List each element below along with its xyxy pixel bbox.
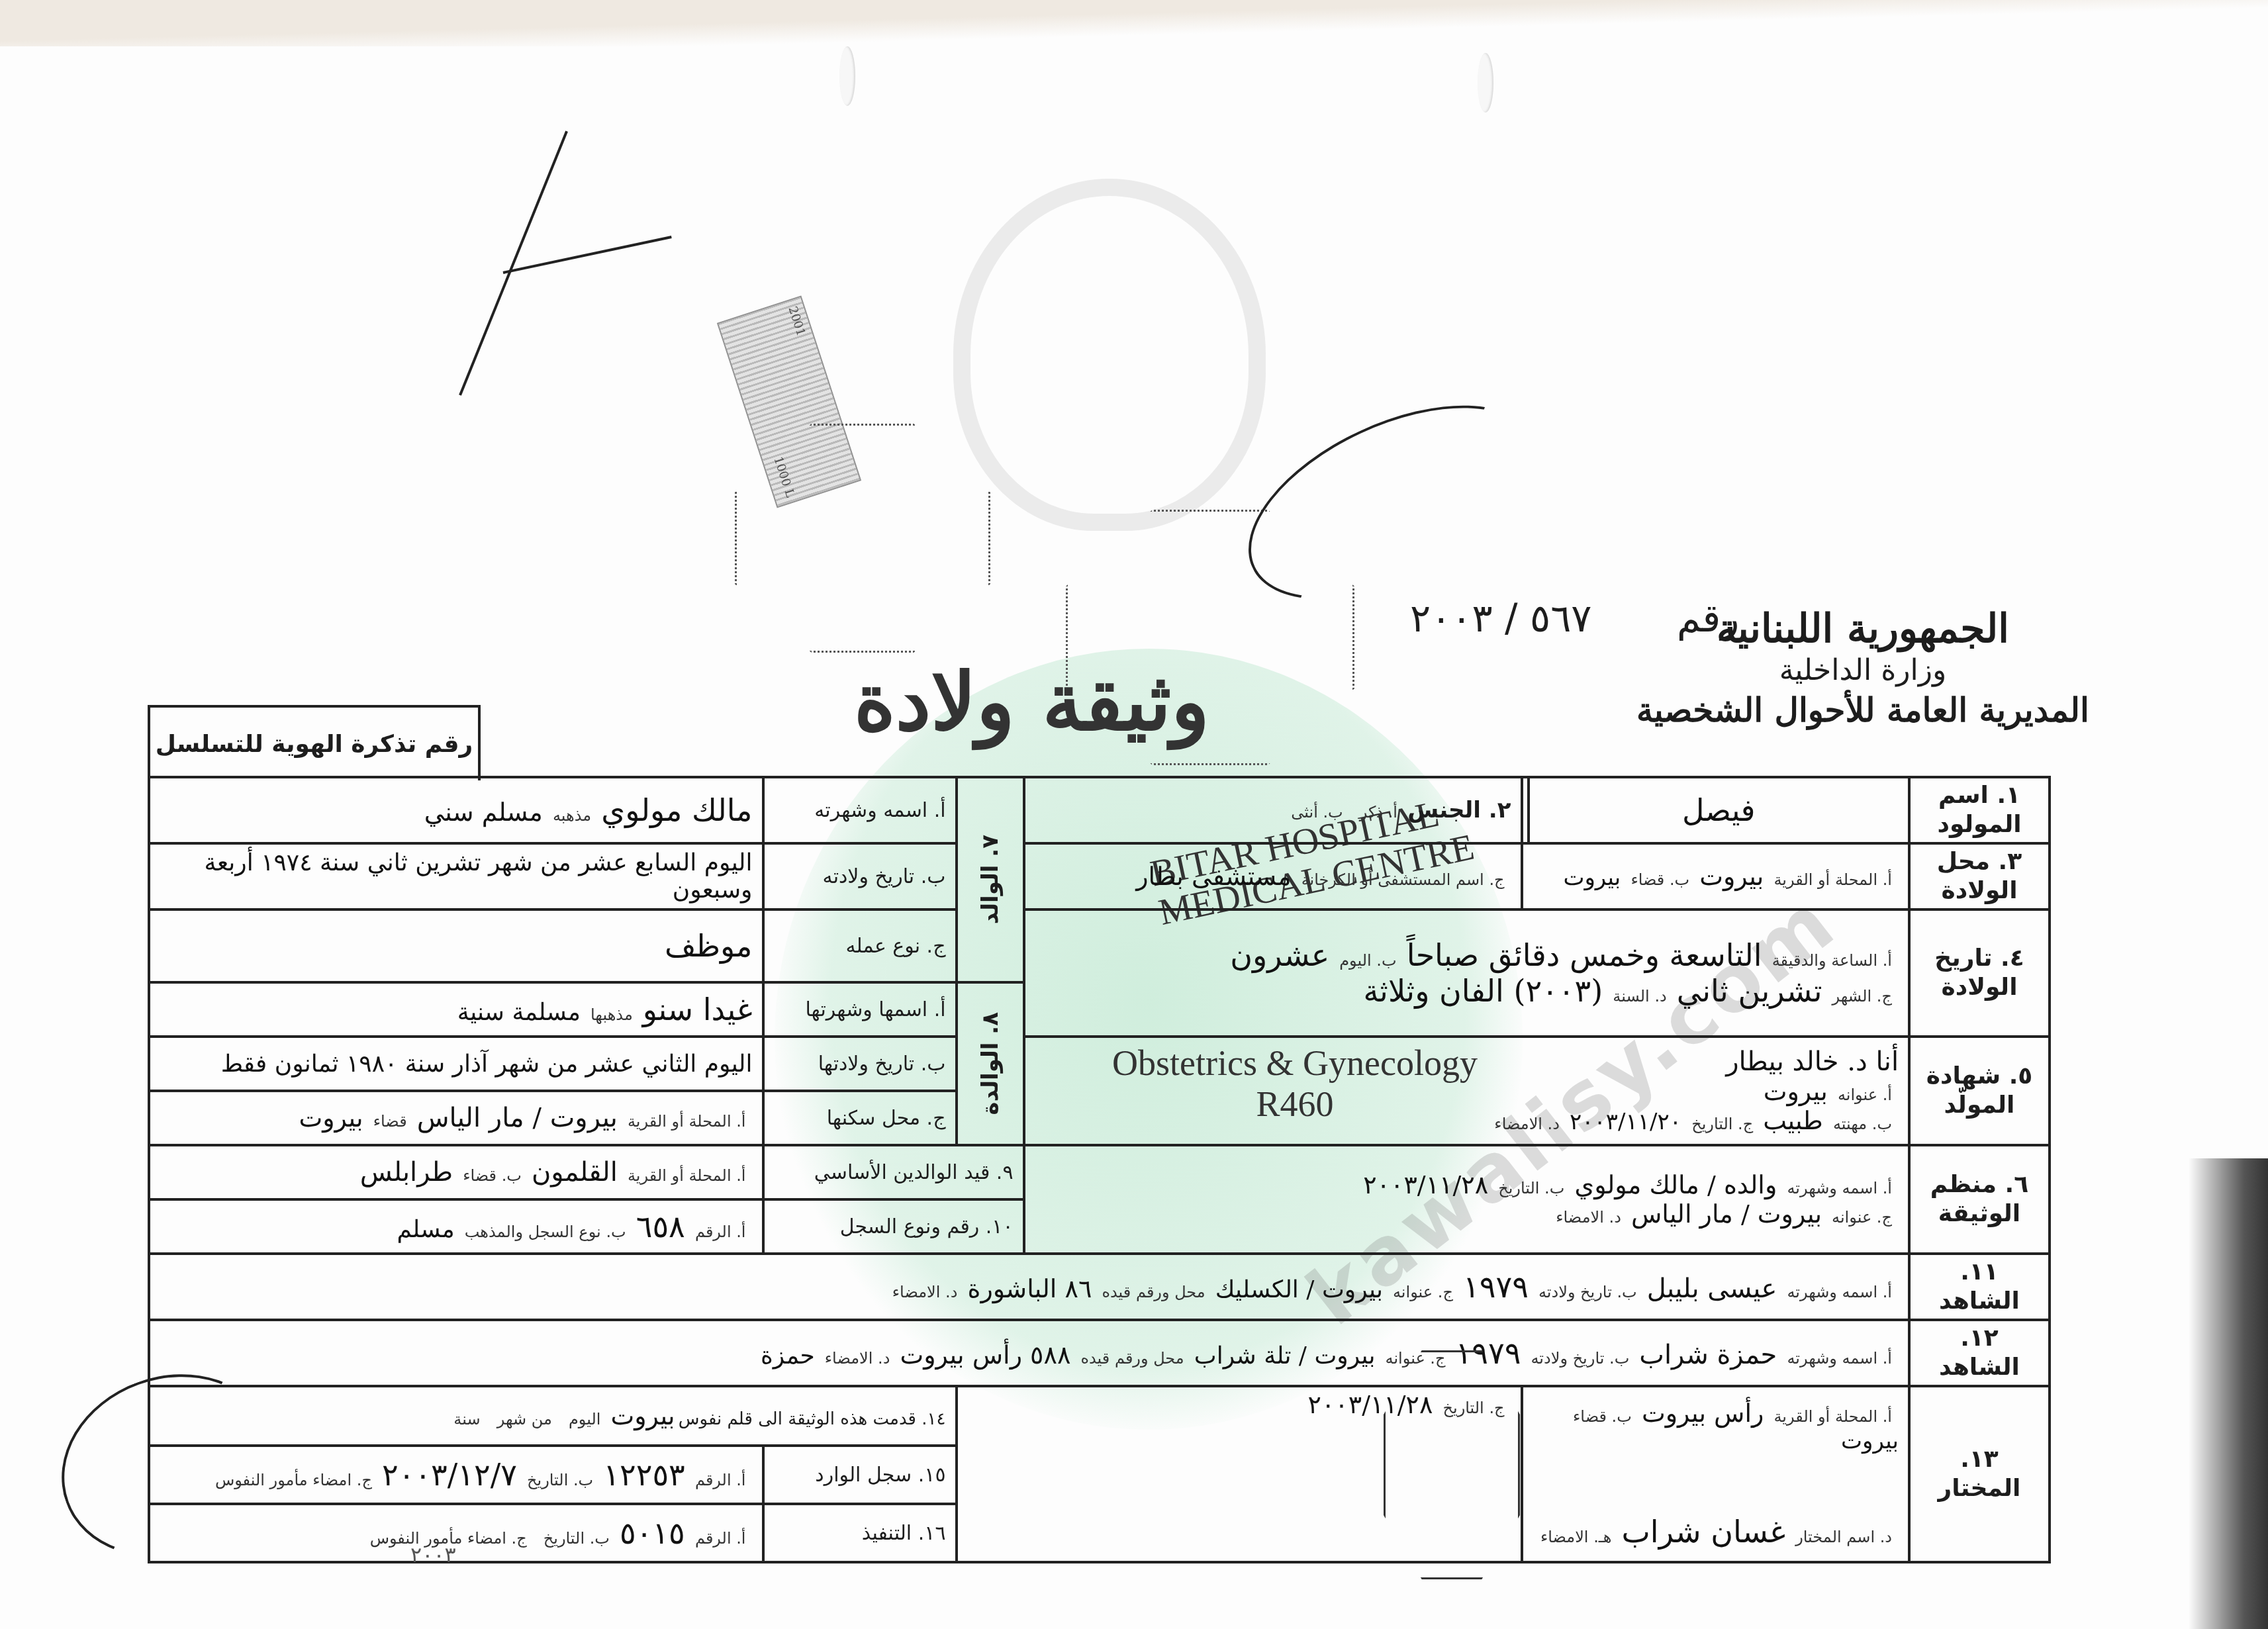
sex-female-label: ب. أنثى	[1291, 803, 1343, 821]
parents-registration-field: أ. المحلة أو القرية القلمون ب. قضاء طراب…	[149, 1145, 763, 1199]
doctor-job-label: ب. مهنته	[1833, 1115, 1892, 1133]
id-card-number-box: رقم تذكرة الهوية للتسلسل	[148, 705, 481, 780]
witness-1-address-value: بيروت / الكسليك	[1215, 1276, 1383, 1303]
mukhtar-field: أ. المحلة أو القرية رأس بيروت ب. قضاء بي…	[1522, 1386, 1909, 1562]
mother-dob-value: اليوم الثاني عشر من شهر آذار سنة ١٩٨٠ ثم…	[221, 1050, 753, 1078]
birth-day-value: عشرون	[1230, 937, 1329, 973]
parents-reg-place-label: أ. المحلة أو القرية	[628, 1166, 746, 1185]
hospital-label: ج. اسم المستشفى أو الكرخانة	[1301, 870, 1505, 889]
registrar-address-value: بيروت / مار الياس	[1631, 1199, 1822, 1229]
father-section-label: ٧. الوالد	[977, 835, 1004, 924]
witness-1-field: أ. اسمه وشهرته عيسى بليبل ب. تاريخ ولادت…	[149, 1254, 1909, 1320]
doctor-stamp-specialty: Obstetrics & Gynecology	[1112, 1043, 1478, 1084]
witness-2-reg-value: ٥٨٨ رأس بيروت	[900, 1340, 1070, 1370]
field-label-witness-2: ١٢. الشاهد	[1909, 1320, 2050, 1386]
mother-residence-field: أ. المحلة أو القرية بيروت / مار الياس قض…	[149, 1091, 763, 1145]
document-number: رقم ٥٦٧ / ٢٠٠٣	[1410, 596, 1739, 641]
fiscal-stamp-year: 2001	[785, 304, 808, 338]
section-mother: ٨. الوالدة	[957, 982, 1024, 1145]
submission-month-label: من شهر	[497, 1410, 552, 1428]
birthplace-field: أ. المحلة أو القرية بيروت ب. قضاء بيروت	[1522, 843, 1909, 909]
submission-label: ١٤. قدمت هذه الوثيقة الى قلم نفوس	[679, 1409, 946, 1429]
document-number-value: ٥٦٧	[1530, 596, 1591, 641]
witness-2-signature-value: حمزة	[761, 1342, 815, 1370]
mukhtar-name-value: غسان شراب	[1622, 1514, 1786, 1550]
field-sex: ٢. الجنس أ. ذكر ب. أنثى	[1024, 777, 1522, 843]
witness-2-name-value: حمزة شراب	[1639, 1340, 1777, 1370]
father-name-field: مالك مولوي مذهبه مسلم سني	[149, 777, 763, 843]
punch-hole	[839, 46, 855, 106]
register-field: أ. الرقم ٦٥٨ ب. نوع السجل والمذهب مسلم	[149, 1199, 763, 1254]
witness-1-dob-label: ب. تاريخ ولادته	[1538, 1283, 1637, 1301]
doctor-address-label: أ. عنوانه	[1838, 1086, 1892, 1104]
registrar-field: أ. اسمه وشهرته والده / مالك مولوي ب. الت…	[1024, 1145, 1909, 1254]
parents-reg-district-value: طرابلس	[360, 1157, 453, 1187]
cancel-stamp	[735, 424, 990, 653]
witness-2-reg-label: محل ورقم قيده	[1080, 1349, 1184, 1368]
execution-label: ١٦. التنفيذ	[763, 1504, 957, 1562]
witness-1-name-value: عيسى بليبل	[1647, 1274, 1777, 1304]
incoming-date-label: ب. التاريخ	[527, 1471, 593, 1489]
mukhtar-district-label: ب. قضاء	[1573, 1407, 1632, 1426]
submission-day-label: اليوم	[569, 1410, 600, 1428]
mother-district-label: قضاء	[373, 1112, 407, 1131]
doctor-address-value: بيروت	[1764, 1077, 1828, 1106]
hospital-value: مستشفى بطار	[1136, 862, 1291, 891]
mother-residence-label: ج. محل سكنها	[763, 1091, 957, 1145]
registrar-name-value: والده / مالك مولوي	[1574, 1170, 1777, 1199]
birth-month-label: ج. الشهر	[1832, 987, 1892, 1005]
birth-time-label: أ. الساعة والدقيقة	[1772, 951, 1892, 970]
mother-name-field: غيدا سنو مذهبها مسلمة سنية	[149, 982, 763, 1037]
witness-2-signature-label: د. الامضاء	[825, 1349, 890, 1368]
sex-label: ٢. الجنس	[1407, 797, 1511, 823]
mother-residence-value: بيروت / مار الياس	[417, 1103, 618, 1133]
register-number-value: ٦٥٨	[636, 1209, 685, 1244]
father-dob-value: اليوم السابع عشر من شهر تشرين ثاني سنة ١…	[205, 849, 753, 904]
mother-name-value: غيدا سنو	[643, 992, 753, 1027]
watermark-calligraphy	[953, 179, 1266, 531]
incoming-number-value: ١٢٢٥٣	[603, 1457, 685, 1493]
field-label-registrar: ٦. منظم الوثيقة	[1909, 1145, 2050, 1254]
register-label: ١٠. رقم ونوع السجل	[763, 1199, 1024, 1254]
witness-1-reg-label: محل ورقم قيده	[1102, 1283, 1205, 1301]
birthplace-b-label: ب. قضاء	[1630, 870, 1689, 889]
doctor-stamp-code: R460	[1112, 1084, 1478, 1125]
mukhtar-stamp	[1384, 1350, 1520, 1579]
certificate-date-value: ٢٠٠٣/١١/٢٠	[1570, 1109, 1681, 1135]
register-number-label: أ. الرقم	[695, 1223, 746, 1241]
birth-date-field: أ. الساعة والدقيقة التاسعة وخمس دقائق صب…	[1024, 909, 1909, 1037]
birthplace-b-value: بيروت	[1563, 864, 1621, 891]
parents-registration-label: ٩. قيد الوالدين الأساسي	[763, 1145, 1024, 1199]
registrar-date-label: ب. التاريخ	[1498, 1179, 1564, 1197]
witness-1-dob-value: ١٩٧٩	[1463, 1269, 1529, 1305]
birth-year-label: د. السنة	[1613, 987, 1666, 1005]
submission-year-label: سنة	[453, 1410, 480, 1428]
ministry-name: وزارة الداخلية	[1636, 652, 2089, 689]
witness-2-name-label: أ. اسمه وشهرته	[1787, 1349, 1892, 1368]
birth-month-value: تشرين ثاني	[1677, 973, 1822, 1009]
doctor-job-value: طبيب	[1763, 1106, 1823, 1135]
birthplace-a-value: بيروت	[1699, 862, 1764, 891]
mother-dob-label: ب. تاريخ ولادتها	[763, 1037, 957, 1091]
newborn-name-value: فيصل	[1682, 792, 1756, 828]
father-job-label: ج. نوع عمله	[763, 909, 957, 982]
field-label-newborn: ١. اسم المولود	[1909, 777, 2050, 843]
divider	[1522, 777, 1529, 843]
hospital-field: ج. اسم المستشفى أو الكرخانة مستشفى بطار	[1024, 843, 1522, 909]
mukhtar-name-label: د. اسم المختار	[1795, 1528, 1892, 1546]
incoming-number-label: أ. الرقم	[695, 1471, 746, 1489]
father-dob-label: ب. تاريخ ولادته	[763, 843, 957, 909]
incoming-register-label: ١٥. سجل الوارد	[763, 1446, 957, 1504]
certificate-date-label: ج. التاريخ	[1691, 1115, 1753, 1133]
doctor-name-value: أنا د. خالد بيطار	[1726, 1047, 1899, 1077]
father-job-field: موظف	[149, 909, 763, 982]
witness-1-reg-value: ٨٦ الباشورة	[967, 1274, 1092, 1303]
execution-stamp-year: ٢٠٠٣	[410, 1542, 456, 1567]
document-number-label: رقم	[1677, 596, 1739, 641]
document-year-value: ٢٠٠٣	[1410, 596, 1493, 641]
father-sect-label: مذهبه	[553, 806, 591, 825]
execution-number-value: ٥٠١٥	[620, 1515, 685, 1551]
mother-district-value: بيروت	[299, 1103, 363, 1133]
mother-name-label: أ. اسمها وشهرتها	[763, 982, 957, 1037]
mother-dob-field: اليوم الثاني عشر من شهر آذار سنة ١٩٨٠ ثم…	[149, 1037, 763, 1091]
birth-form-table: ١. اسم المولود فيصل ٢. الجنس أ. ذكر ب. أ…	[148, 776, 2051, 1563]
witness-2-dob-label: ب. تاريخ ولادته	[1531, 1349, 1629, 1368]
birth-year-value: (٢٠٠٣) الفان وثلاثة	[1363, 973, 1603, 1009]
mukhtar-place-value: رأس بيروت	[1642, 1399, 1764, 1428]
registrar-address-label: ج. عنوانه	[1832, 1208, 1892, 1227]
mother-section-label: ٨. الوالدة	[977, 1012, 1004, 1115]
birth-day-label: ب. اليوم	[1339, 951, 1396, 970]
registrar-signature-label: د. الامضاء	[1556, 1208, 1621, 1227]
field-newborn-name: فيصل	[1529, 777, 1909, 843]
field-label-birth-date: ٤. تاريخ الولادة	[1909, 909, 2050, 1037]
father-sect-value: مسلم سني	[424, 798, 543, 827]
parents-reg-place-value: القلمون	[532, 1157, 618, 1187]
birthplace-a-label: أ. المحلة أو القرية	[1773, 870, 1892, 889]
witness-2-field: أ. اسمه وشهرته حمزة شراب ب. تاريخ ولادته…	[149, 1320, 1909, 1386]
registrar-name-label: أ. اسمه وشهرته	[1787, 1179, 1892, 1197]
mukhtar-district-value: بيروت	[1841, 1428, 1899, 1454]
doctor-stamp: Obstetrics & Gynecology R460	[1112, 1043, 1478, 1125]
birth-time-value: التاسعة وخمس دقائق صباحاً	[1407, 937, 1762, 973]
field-label-witness-1: ١١. الشاهد	[1909, 1254, 2050, 1320]
mukhtar-signature-label: هـ. الامضاء	[1540, 1528, 1612, 1546]
sex-male-label: أ. ذكر	[1360, 803, 1397, 821]
submission-value: بيروت	[611, 1401, 675, 1430]
section-father: ٧. الوالد	[957, 777, 1024, 982]
witness-1-name-label: أ. اسمه وشهرته	[1787, 1283, 1892, 1301]
execution-date-label: ب. التاريخ	[543, 1529, 610, 1548]
father-job-value: موظف	[665, 928, 753, 964]
father-name-label: أ. اسمه وشهرته	[763, 777, 957, 843]
mother-residence-place-label: أ. المحلة أو القرية	[628, 1112, 746, 1131]
scan-top-edge	[0, 0, 2268, 46]
punch-hole	[1478, 53, 1493, 113]
mother-sect-label: مذهبها	[591, 1005, 633, 1024]
registrar-date-value: ٢٠٠٣/١١/٢٨	[1363, 1170, 1488, 1199]
mother-sect-value: مسلمة سنية	[457, 999, 581, 1026]
witness-2-address-value: بيروت / تلة شراب	[1194, 1342, 1376, 1370]
field-label-mukhtar: ١٣. المختار	[1909, 1386, 2050, 1562]
document-title: وثيقة ولادة	[854, 655, 1209, 749]
mukhtar-place-label: أ. المحلة أو القرية	[1773, 1407, 1892, 1426]
father-dob-field: اليوم السابع عشر من شهر تشرين ثاني سنة ١…	[149, 843, 763, 909]
witness-1-address-label: ج. عنوانه	[1393, 1283, 1453, 1301]
field-label-birthplace: ٣. محل الولادة	[1909, 843, 2050, 909]
doctor-signature-label: د. الامضاء	[1494, 1115, 1560, 1133]
execution-number-label: أ. الرقم	[695, 1529, 746, 1548]
parents-reg-district-label: ب. قضاء	[463, 1166, 522, 1185]
directorate-name: المديرية العامة للأحوال الشخصية	[1636, 689, 2089, 731]
incoming-date-value: ٢٠٠٣/١٢/٧	[382, 1457, 517, 1493]
margin-mark-stroke	[503, 236, 672, 274]
register-type-label: ب. نوع السجل والمذهب	[465, 1223, 626, 1241]
register-type-value: مسلم	[397, 1216, 454, 1243]
father-name-value: مالك مولوي	[601, 792, 752, 828]
witness-1-signature-label: د. الامضاء	[892, 1283, 958, 1301]
scan-shadow	[2189, 1158, 2268, 1629]
field-label-birth-certificate: ٥. شهادة المولّد	[1909, 1037, 2050, 1145]
